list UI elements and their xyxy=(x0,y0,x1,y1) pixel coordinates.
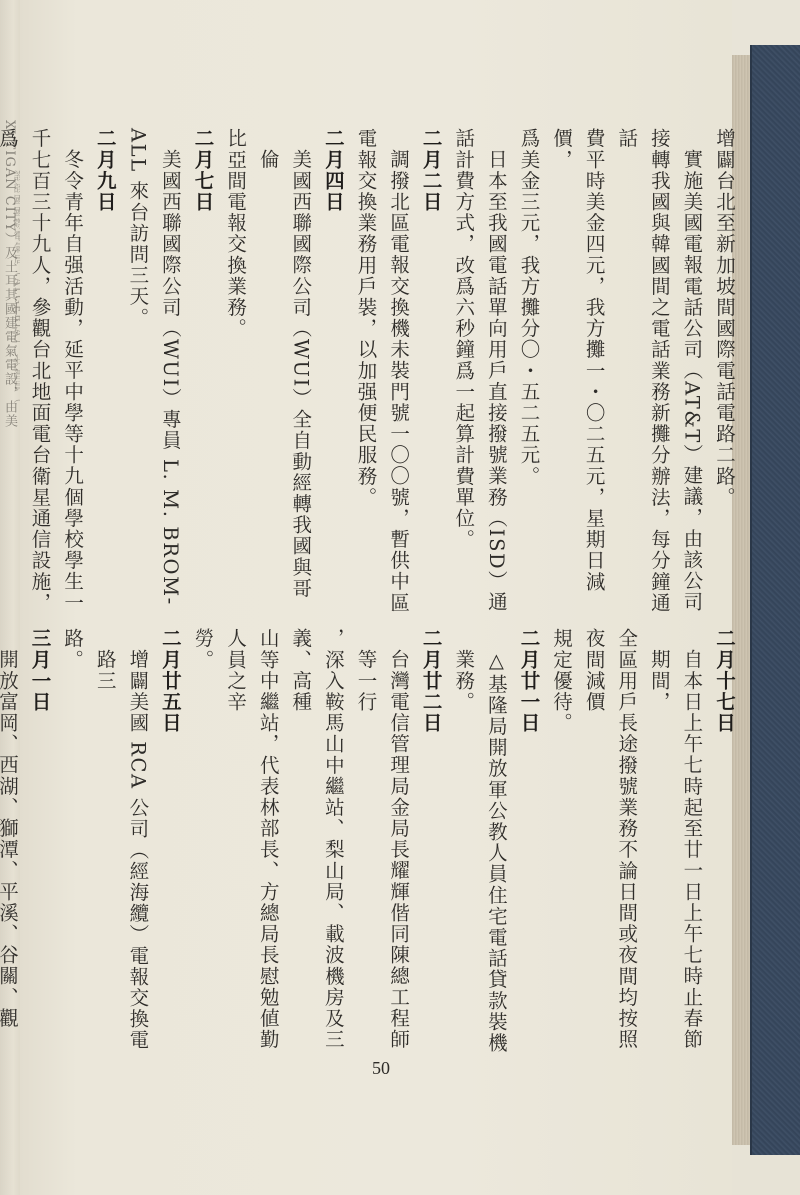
entry-date: 二月十七日 xyxy=(707,628,740,1058)
text-line: 增闢美國 RCA 公司（經海纜）電報交換電路三 xyxy=(88,628,153,1058)
text-line: 電報交換業務用戶裝，以加强便民服務。 xyxy=(349,128,382,618)
book-cover-spine xyxy=(750,45,800,1155)
text-line: 費平時美金四元，我方攤一・〇二五元，星期日減價， xyxy=(544,128,609,618)
page-number: 50 xyxy=(372,1058,390,1079)
entry-date: 二月廿二日 xyxy=(414,628,447,1058)
text-line: ，深入鞍馬山中繼站、梨山局、載波機房及三義、高種 xyxy=(284,628,349,1058)
text-line: 路。 xyxy=(56,628,89,1058)
entry-date: 二月四日 xyxy=(316,128,349,618)
text-line: 爲美金三元，我方攤分〇・五二五元。 xyxy=(512,128,545,618)
text-line: 規定優待。 xyxy=(544,628,577,1058)
text-line: 比亞間電報交換業務。 xyxy=(219,128,252,618)
text-line: 美國西聯國際公司（WUI）全自動經轉我國與哥倫 xyxy=(251,128,316,618)
text-line: 冬令青年自强活動，延平中學等十九個學校學生一 xyxy=(56,128,89,618)
entry-date: 二月九日 xyxy=(88,128,121,618)
text-line: 勞。 xyxy=(186,628,219,1058)
text-line: 開放富岡、西湖、獅潭、平溪、谷關、觀音、和平 xyxy=(0,628,23,1058)
text-line: 自本日上午七時起至廿一日上午七時止春節期間， xyxy=(642,628,707,1058)
text-line: 日本至我國電話單向用戶直接撥號業務（ISD）通 xyxy=(479,128,512,618)
text-line: 台灣電信管理局金局長耀輝偕同陳總工程師等一行 xyxy=(349,628,414,1058)
text-line: 全區用戶長途撥號業務不論日間或夜間均按照夜間減價 xyxy=(577,628,642,1058)
entry-date: 二月二日 xyxy=(414,128,447,618)
text-line: 接轉我國與韓國間之電話業務新攤分辦法，每分鐘通話 xyxy=(610,128,675,618)
entry-date: 二月廿一日 xyxy=(512,628,545,1058)
text-line: 美國西聯國際公司（WUI）專員 L. M. BROM- xyxy=(153,128,186,618)
entry-date: 二月七日 xyxy=(186,128,219,618)
text-line: 千七百三十九人，參觀台北地面電台衛星通信設施，爲 xyxy=(0,128,56,618)
entry-date: 三月一日 xyxy=(23,628,56,1058)
entry-date: 二月廿五日 xyxy=(153,628,186,1058)
text-line: △基隆局開放軍公教人員住宅電話貸款裝機業務。 xyxy=(447,628,512,1058)
text-line: 實施美國電報電話公司（AT&T）建議，由該公司 xyxy=(675,128,708,618)
top-section-text: 增闢台北至新加坡間國際電話電路二路。實施美國電報電話公司（AT&T）建議，由該公… xyxy=(0,128,740,618)
text-line: 話計費方式，改爲六秒鐘爲一起算計費單位。 xyxy=(447,128,480,618)
bottom-section-text: 二月十七日自本日上午七時起至廿一日上午七時止春節期間，全區用戶長途撥號業務不論日… xyxy=(0,628,740,1058)
text-line: 增闢台北至新加坡間國際電話電路二路。 xyxy=(707,128,740,618)
text-line: ALL 來台訪問三天。 xyxy=(121,128,154,618)
text-line: 山等中繼站，代表林部長、方總局長慰勉値勤人員之辛 xyxy=(219,628,284,1058)
text-line: 調撥北區電報交換機未裝門號一〇〇號，暫供中區 xyxy=(381,128,414,618)
